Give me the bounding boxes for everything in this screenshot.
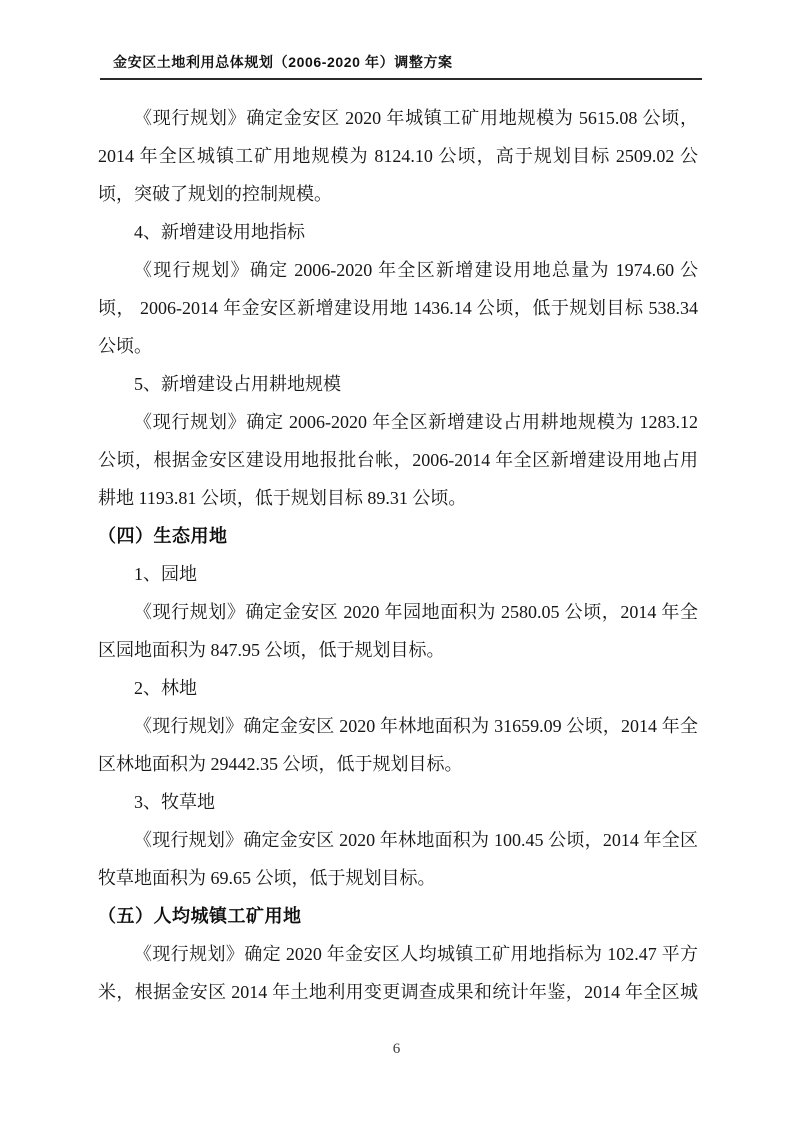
body-paragraph: 《现行规划》确定金安区 2020 年城镇工矿用地规模为 5615.08 公顷，2… bbox=[98, 99, 698, 213]
body-paragraph: 《现行规划》确定 2020 年金安区人均城镇工矿用地指标为 102.47 平方米… bbox=[98, 935, 698, 1011]
page-number: 6 bbox=[393, 1041, 401, 1057]
document-body: 《现行规划》确定金安区 2020 年城镇工矿用地规模为 5615.08 公顷，2… bbox=[98, 99, 698, 1011]
section-heading: （五）人均城镇工矿用地 bbox=[98, 897, 698, 935]
body-paragraph: 《现行规划》确定 2006-2020 年全区新增建设占用耕地规模为 1283.1… bbox=[98, 403, 698, 517]
body-paragraph: 《现行规划》确定金安区 2020 年园地面积为 2580.05 公顷，2014 … bbox=[98, 593, 698, 669]
numbered-heading: 4、新增建设用地指标 bbox=[98, 213, 698, 251]
body-paragraph: 《现行规划》确定 2006-2020 年全区新增建设用地总量为 1974.60 … bbox=[98, 251, 698, 365]
section-heading: （四）生态用地 bbox=[98, 517, 698, 555]
numbered-heading: 1、园地 bbox=[98, 555, 698, 593]
body-paragraph: 《现行规划》确定金安区 2020 年林地面积为 100.45 公顷，2014 年… bbox=[98, 821, 698, 897]
numbered-heading: 3、牧草地 bbox=[98, 783, 698, 821]
page-header-title: 金安区土地利用总体规划（2006-2020 年）调整方案 bbox=[100, 52, 702, 72]
body-paragraph: 《现行规划》确定金安区 2020 年林地面积为 31659.09 公顷，2014… bbox=[98, 707, 698, 783]
page-footer: 6 bbox=[0, 1040, 793, 1058]
page-header: 金安区土地利用总体规划（2006-2020 年）调整方案 bbox=[100, 52, 702, 80]
numbered-heading: 2、林地 bbox=[98, 669, 698, 707]
numbered-heading: 5、新增建设占用耕地规模 bbox=[98, 365, 698, 403]
document-page: 金安区土地利用总体规划（2006-2020 年）调整方案 《现行规划》确定金安区… bbox=[0, 0, 793, 1122]
